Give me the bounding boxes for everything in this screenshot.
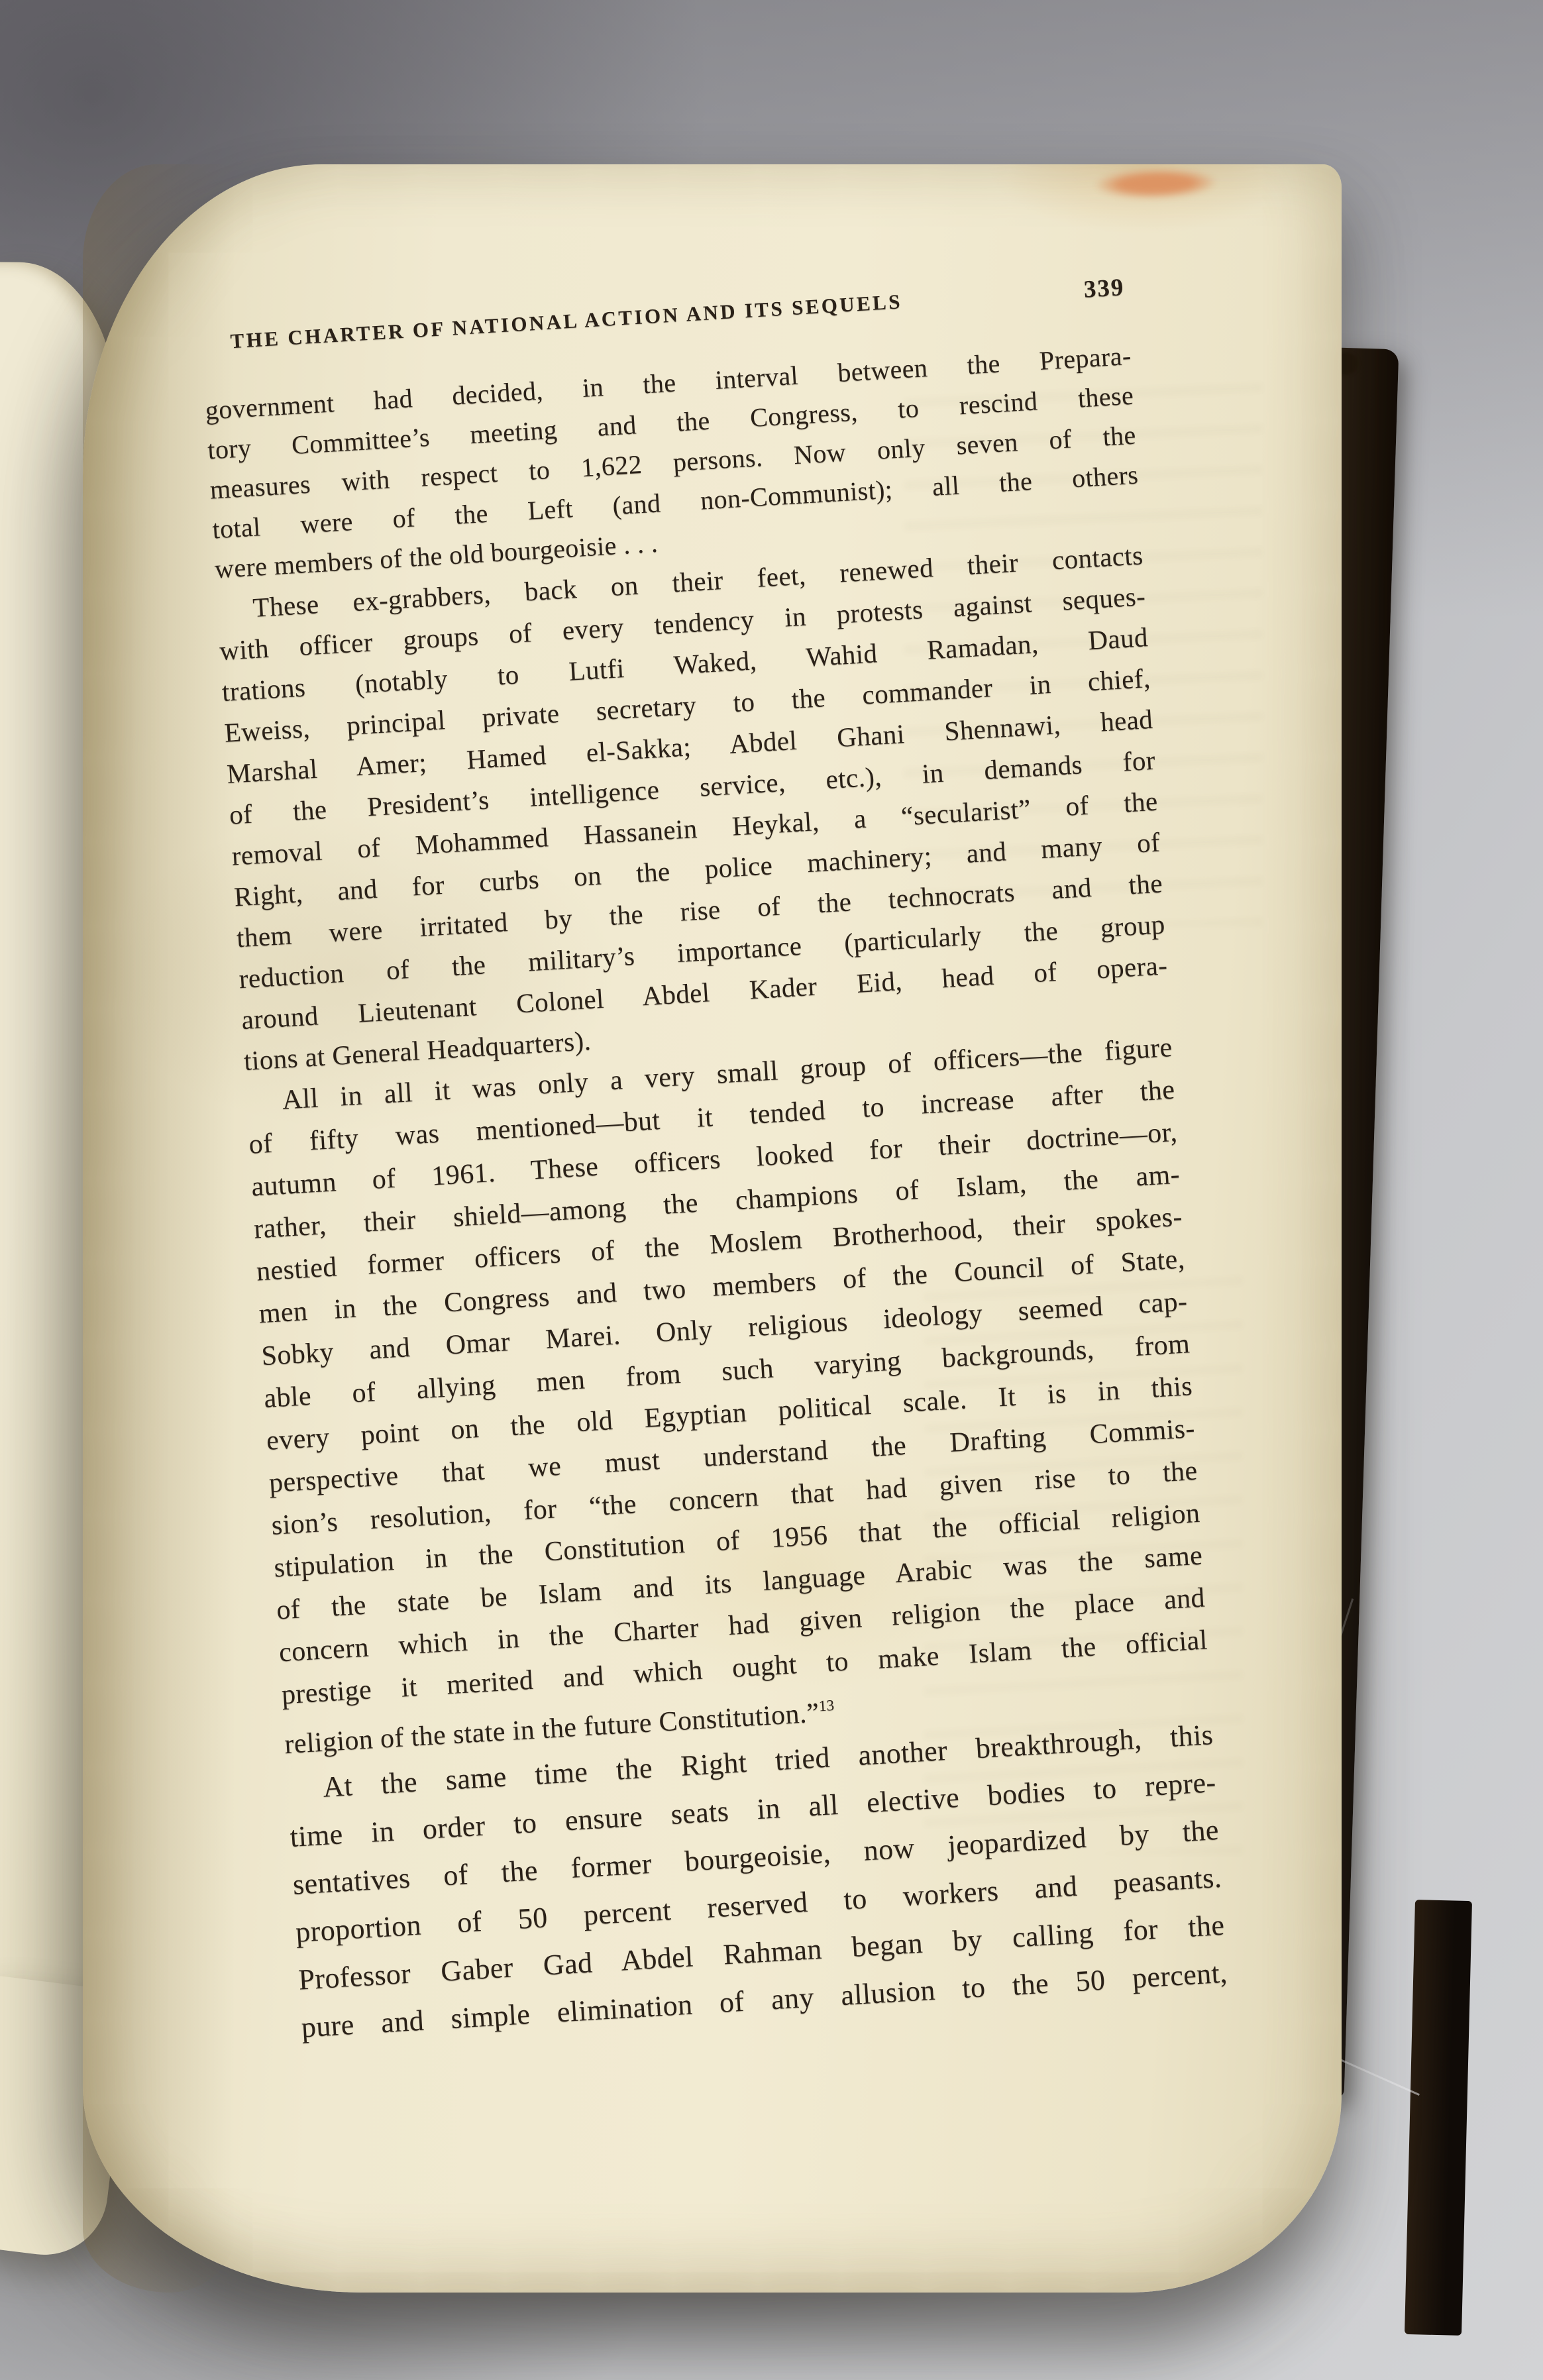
page-number: 339 (1083, 273, 1126, 304)
page-stain (1076, 166, 1236, 209)
book-photo: THE CHARTER OF NATIONAL ACTION AND ITS S… (0, 0, 1543, 2380)
paragraph-3: All in all it was only a very small grou… (245, 1026, 1212, 1766)
footnote-marker: 13 (818, 1696, 835, 1714)
running-header-title: THE CHARTER OF NATIONAL ACTION AND ITS S… (230, 290, 903, 353)
book-page: THE CHARTER OF NATIONAL ACTION AND ITS S… (83, 164, 1342, 2293)
paragraph-2: These ex-grabbers, back on their feet, r… (216, 534, 1171, 1081)
paragraph-4: At the same time the Right tried another… (286, 1711, 1228, 2051)
page-text: THE CHARTER OF NATIONAL ACTION AND ITS S… (200, 273, 1228, 2051)
book-cover-edge-bottom (1405, 1900, 1472, 2336)
